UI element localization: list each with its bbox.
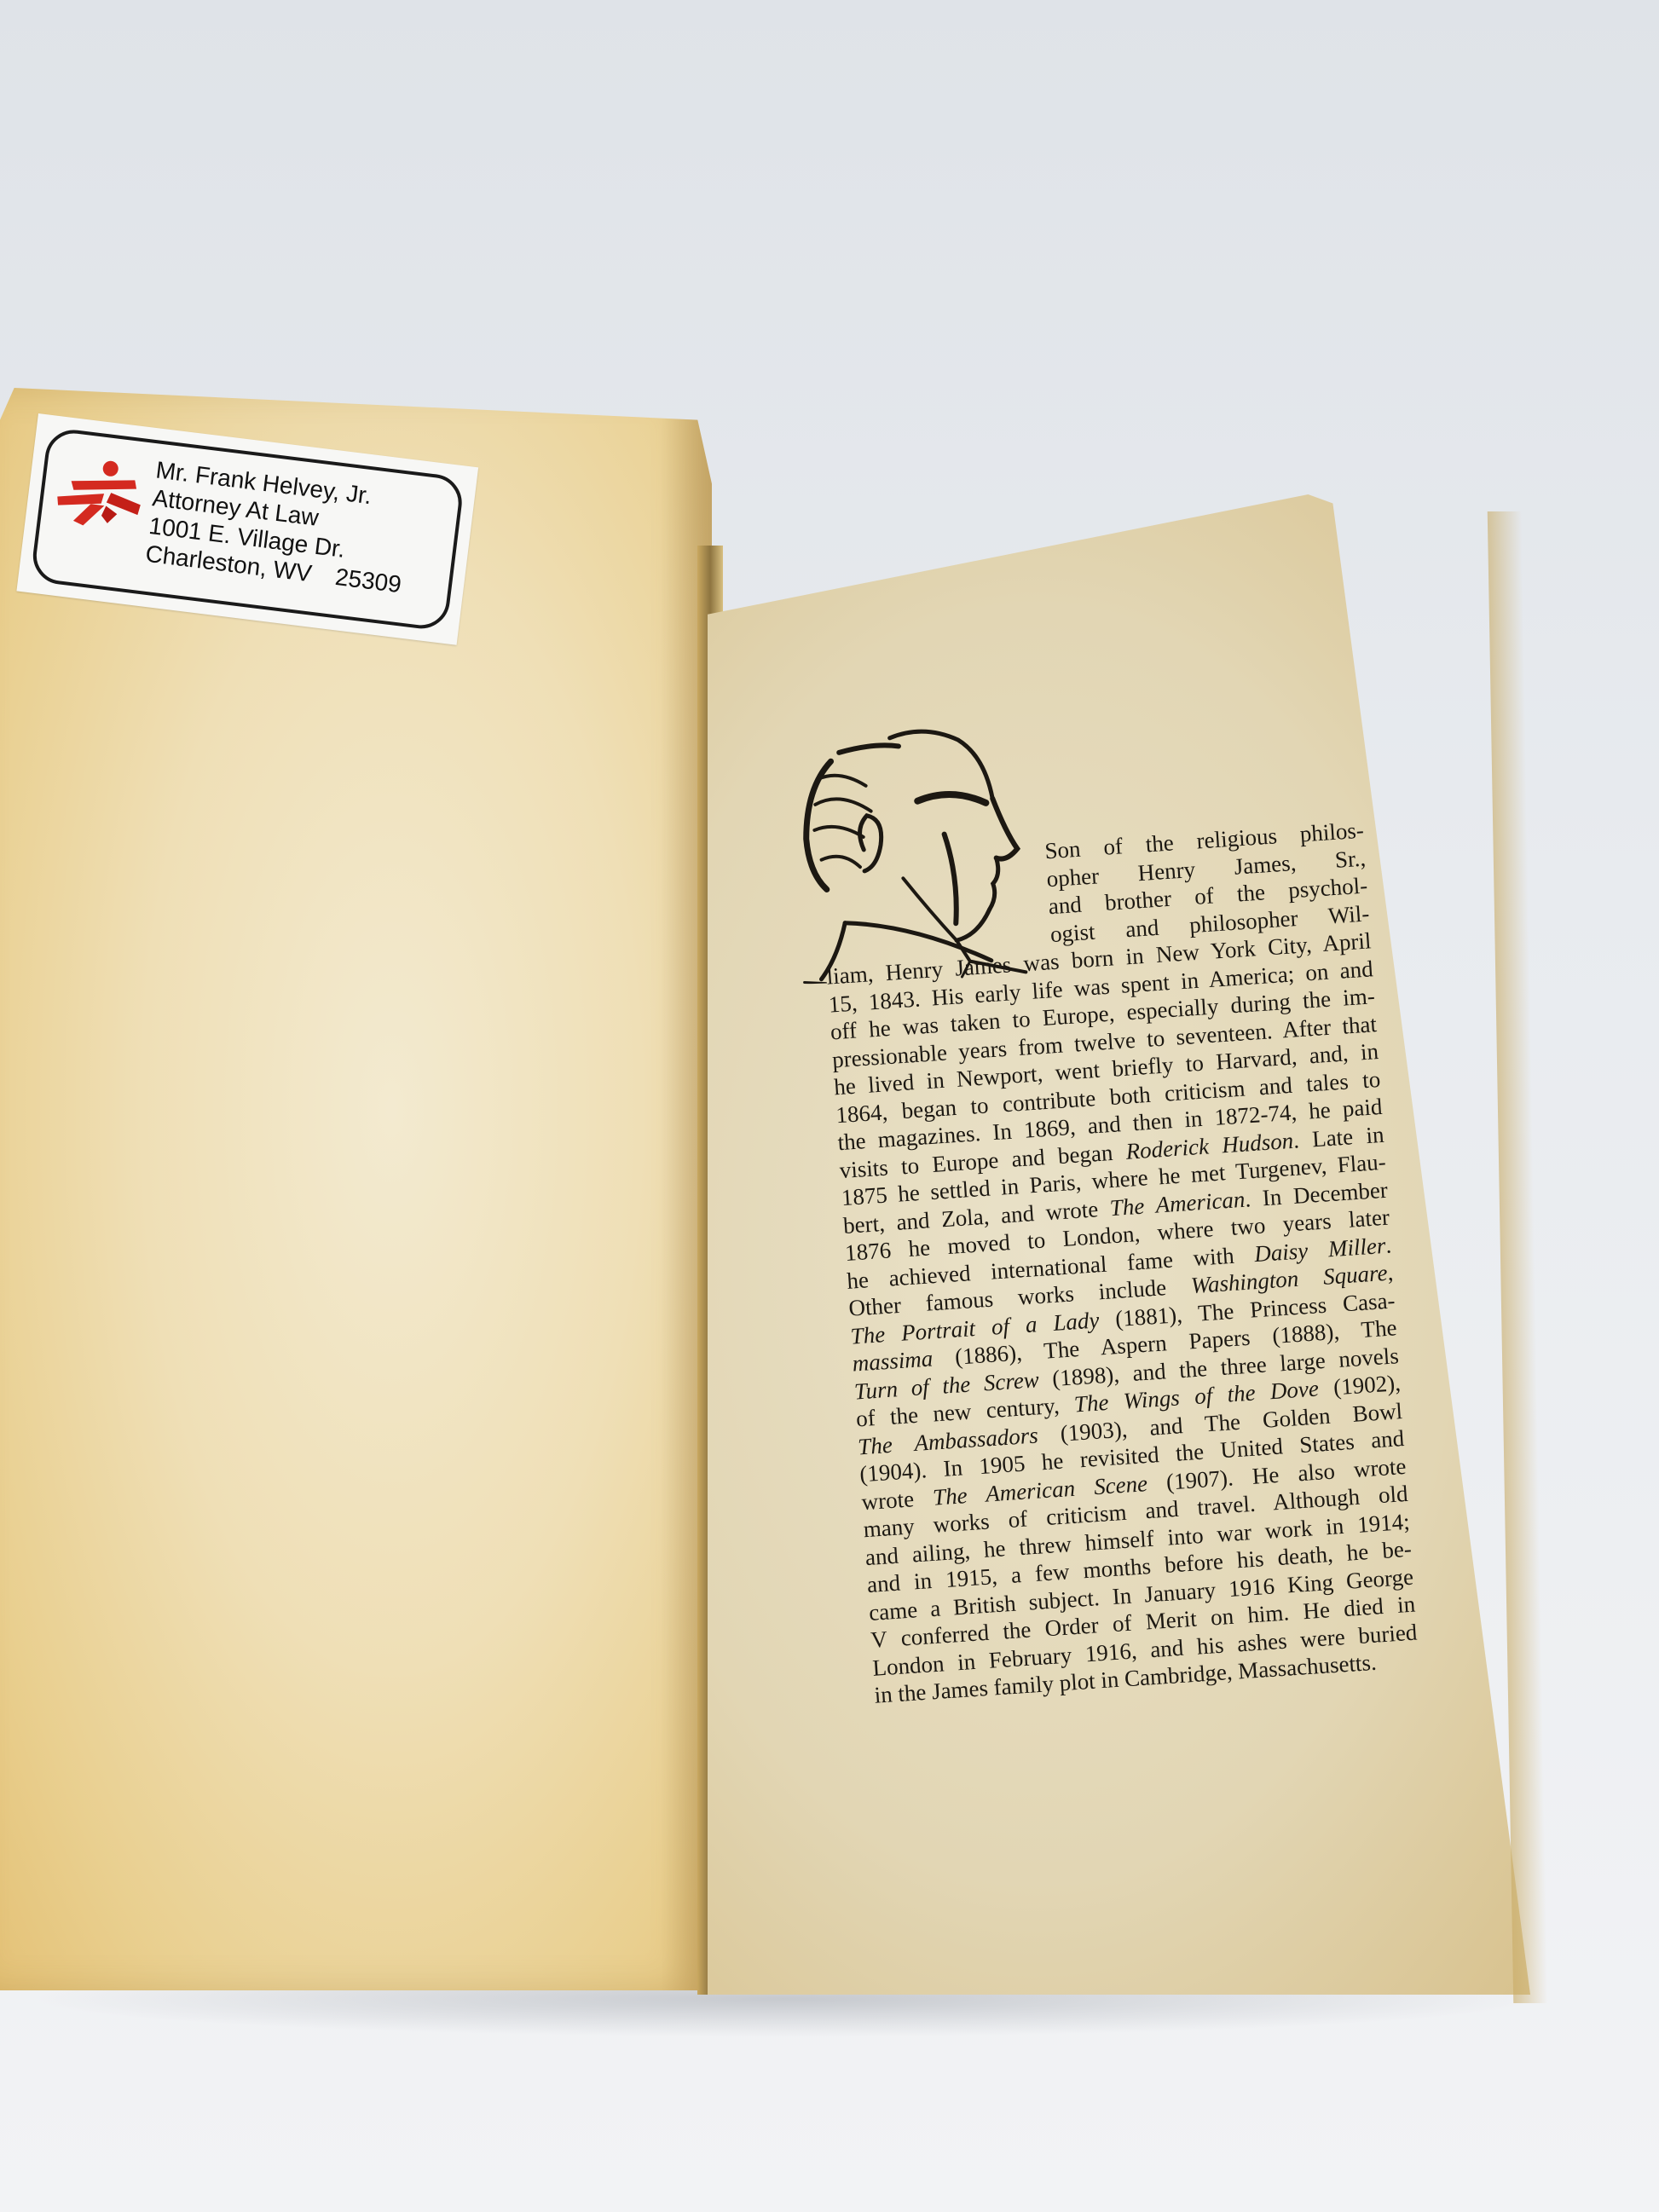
author-biography: Son of the religious philos- opher Henry… [818, 817, 1419, 1710]
book-title: massima [852, 1345, 934, 1376]
red-running-figure-logo-icon [50, 450, 153, 538]
